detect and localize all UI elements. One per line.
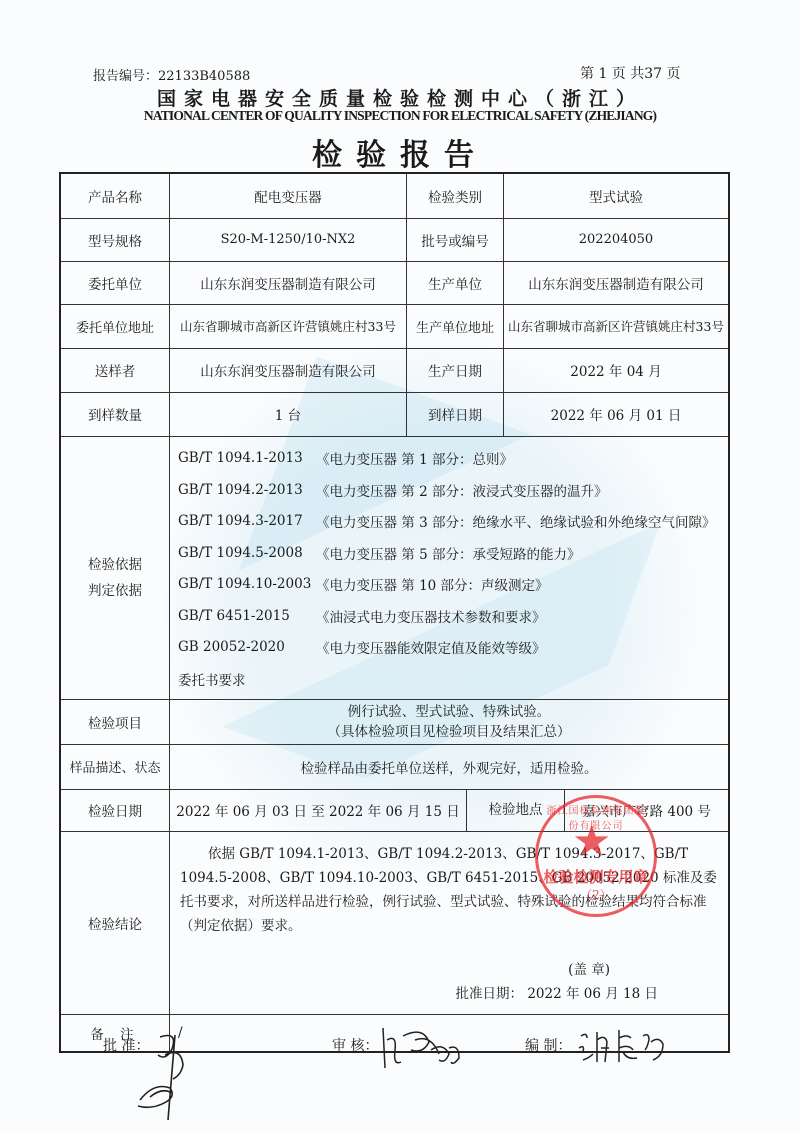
value-batch-no: 202204050 (504, 218, 730, 261)
label-conclusion: 检验结论 (60, 831, 170, 1014)
standard-item: GB/T 1094.10-2003《电力变压器 第 10 部分：声级测定》 (178, 569, 728, 601)
table-row: 检验结论 依据 GB/T 1094.1-2013、GB/T 1094.2-201… (60, 831, 729, 1014)
organization-name-cn: 国家电器安全质量检验检测中心（浙江） (0, 84, 800, 111)
table-row: 产品名称 配电变压器 检验类别 型式试验 (60, 173, 729, 218)
label-batch-no: 批号或编号 (407, 218, 504, 261)
value-inspection-date: 2022 年 06 月 03 日 至 2022 年 06 月 15 日 (170, 800, 466, 820)
label-inspection-type: 检验类别 (407, 173, 504, 218)
table-row: 检验依据 判定依据 GB/T 1094.1-2013《电力变压器 第 1 部分：… (60, 436, 729, 699)
table-row: 到样数量 1 台 到样日期 2022 年 06 月 01 日 (60, 392, 729, 436)
standard-item: GB/T 1094.5-2008《电力变压器 第 5 部分：承受短路的能力》 (178, 537, 728, 569)
approve-date: 批准日期： 2022 年 06 月 18 日 (180, 982, 720, 1006)
label-manufacturer-address: 生产单位地址 (407, 304, 504, 348)
label-sender: 送样者 (60, 348, 170, 392)
label-basis: 检验依据 判定依据 (60, 436, 170, 699)
value-manufacturer: 山东东润变压器制造有限公司 (504, 261, 730, 304)
review-sign-label: 审 核： (332, 1035, 378, 1055)
label-basis-line2: 判定依据 (63, 578, 167, 604)
report-table: 产品名称 配电变压器 检验类别 型式试验 型号规格 S20-M-1250/10-… (59, 172, 730, 1053)
table-row: 检验项目 例行试验、型式试验、特殊试验。 （具体检验项目见检验项目及结果汇总） (60, 699, 729, 744)
value-manufacturer-address: 山东省聊城市高新区许营镇姚庄村33号 (504, 304, 730, 348)
label-client: 委托单位 (60, 261, 170, 304)
approver-signature (120, 1025, 230, 1130)
table-row: 样品描述、状态 检验样品由委托单位送样，外观完好，适用检验。 (60, 744, 729, 789)
value-sample-desc: 检验样品由委托单位送样，外观完好，适用检验。 (170, 744, 730, 789)
standard-item: GB 20052-2020《电力变压器能效限定值及能效等级》 (178, 632, 728, 664)
page-info: 第 1 页 共37 页 (580, 63, 681, 83)
seal-note: (盖 章) (180, 958, 720, 982)
prepare-sign-label: 编 制： (525, 1035, 571, 1055)
label-inspection-place: 检验地点 (466, 790, 565, 831)
label-model: 型号规格 (60, 218, 170, 261)
label-arrival-date: 到样日期 (407, 392, 504, 436)
label-items: 检验项目 (60, 699, 170, 744)
conclusion-cell: 依据 GB/T 1094.1-2013、GB/T 1094.2-2013、GB/… (170, 831, 730, 1014)
conclusion-text: 依据 GB/T 1094.1-2013、GB/T 1094.2-2013、GB/… (180, 842, 720, 938)
value-inspection-place: 嘉兴市广穹路 400 号 (565, 800, 728, 820)
value-inspection-type: 型式试验 (504, 173, 730, 218)
value-items: 例行试验、型式试验、特殊试验。 （具体检验项目见检验项目及结果汇总） (170, 699, 730, 744)
value-client-address: 山东省聊城市高新区许营镇姚庄村33号 (170, 304, 407, 348)
table-row: 送样者 山东东润变压器制造有限公司 生产日期 2022 年 04 月 (60, 348, 729, 392)
organization-name-en: NATIONAL CENTER OF QUALITY INSPECTION FO… (0, 108, 800, 124)
standards-list: GB/T 1094.1-2013《电力变压器 第 1 部分：总则》 GB/T 1… (170, 436, 730, 699)
report-number: 报告编号：22133B40588 (93, 65, 250, 84)
value-production-date: 2022 年 04 月 (504, 348, 730, 392)
value-product-name: 配电变压器 (170, 173, 407, 218)
reviewer-signature (375, 1018, 485, 1078)
value-sample-qty: 1 台 (170, 392, 407, 436)
table-row: 检验日期 2022 年 06 月 03 日 至 2022 年 06 月 15 日… (60, 789, 729, 831)
preparer-signature (575, 1022, 675, 1070)
value-arrival-date: 2022 年 06 月 01 日 (504, 392, 730, 436)
label-client-address: 委托单位地址 (60, 304, 170, 348)
label-sample-qty: 到样数量 (60, 392, 170, 436)
value-client: 山东东润变压器制造有限公司 (170, 261, 407, 304)
label-inspection-date: 检验日期 (60, 789, 170, 831)
inspection-date-place-cell: 2022 年 06 月 03 日 至 2022 年 06 月 15 日 检验地点… (170, 789, 730, 831)
table-row: 型号规格 S20-M-1250/10-NX2 批号或编号 202204050 (60, 218, 729, 261)
standard-item: 委托书要求 (178, 663, 728, 695)
label-sample-desc: 样品描述、状态 (60, 744, 170, 789)
label-product-name: 产品名称 (60, 173, 170, 218)
label-manufacturer: 生产单位 (407, 261, 504, 304)
label-basis-line1: 检验依据 (63, 552, 167, 578)
label-production-date: 生产日期 (407, 348, 504, 392)
document-title: 检验报告 (0, 130, 800, 174)
value-model: S20-M-1250/10-NX2 (170, 218, 407, 261)
standard-item: GB/T 1094.3-2017《电力变压器 第 3 部分：绝缘水平、绝缘试验和… (178, 506, 728, 538)
standard-item: GB/T 6451-2015《油浸式电力变压器技术参数和要求》 (178, 600, 728, 632)
table-row: 委托单位 山东东润变压器制造有限公司 生产单位 山东东润变压器制造有限公司 (60, 261, 729, 304)
value-sender: 山东东润变压器制造有限公司 (170, 348, 407, 392)
standard-item: GB/T 1094.1-2013《电力变压器 第 1 部分：总则》 (178, 443, 728, 475)
standard-item: GB/T 1094.2-2013《电力变压器 第 2 部分：液浸式变压器的温升》 (178, 474, 728, 506)
table-row: 委托单位地址 山东省聊城市高新区许营镇姚庄村33号 生产单位地址 山东省聊城市高… (60, 304, 729, 348)
